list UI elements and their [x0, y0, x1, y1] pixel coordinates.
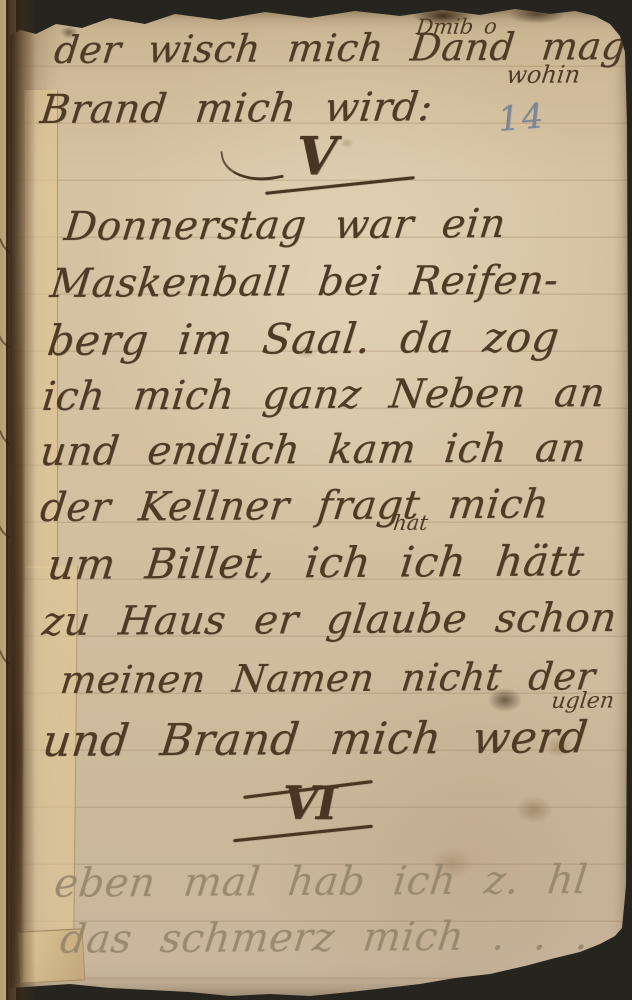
handwriting-line: Brand mich wird:	[38, 85, 435, 132]
handwriting-line: ich mich ganz Neben an	[40, 371, 608, 419]
section-heading-v: V	[235, 130, 405, 200]
page-number: 14	[496, 96, 547, 140]
marginal-word: wohin	[505, 61, 582, 88]
handwriting-line: und Brand mich werd	[40, 714, 590, 766]
roman-numeral: VI	[283, 776, 334, 830]
diary-page: 14 Dmib o der wisch mich Dand mag wohin …	[10, 6, 630, 1000]
handwriting-line: und endlich kam ich an	[38, 426, 589, 474]
handwriting-line: eben mal hab ich z. hl	[52, 858, 590, 906]
interlinear-insertion: hat	[392, 512, 429, 535]
handwriting-line: um Billet, ich ich hätt	[45, 538, 587, 588]
marginal-word: uglen	[550, 690, 615, 715]
underline-swash	[265, 176, 414, 195]
section-heading-vi: VI	[225, 776, 375, 846]
handwriting-line: Maskenball bei Reifen-	[48, 258, 561, 306]
ink-stain	[508, 4, 566, 24]
photo-scene: 14 Dmib o der wisch mich Dand mag wohin …	[0, 0, 632, 1000]
roman-numeral: V	[297, 126, 334, 187]
handwriting-line: das schmerz mich . . .	[58, 914, 592, 962]
handwriting-line: Donnerstag war ein	[62, 202, 508, 249]
handwriting-line: zu Haus er glaube schon	[40, 596, 619, 644]
handwriting-line: der Kellner fragt mich	[38, 482, 552, 530]
handwriting-line: meinen Namen nicht der	[58, 656, 597, 702]
handwriting-line: berg im Saal. da zog	[45, 314, 562, 364]
binding-gutter-shadow	[6, 0, 36, 1000]
paper-stain	[515, 796, 553, 824]
